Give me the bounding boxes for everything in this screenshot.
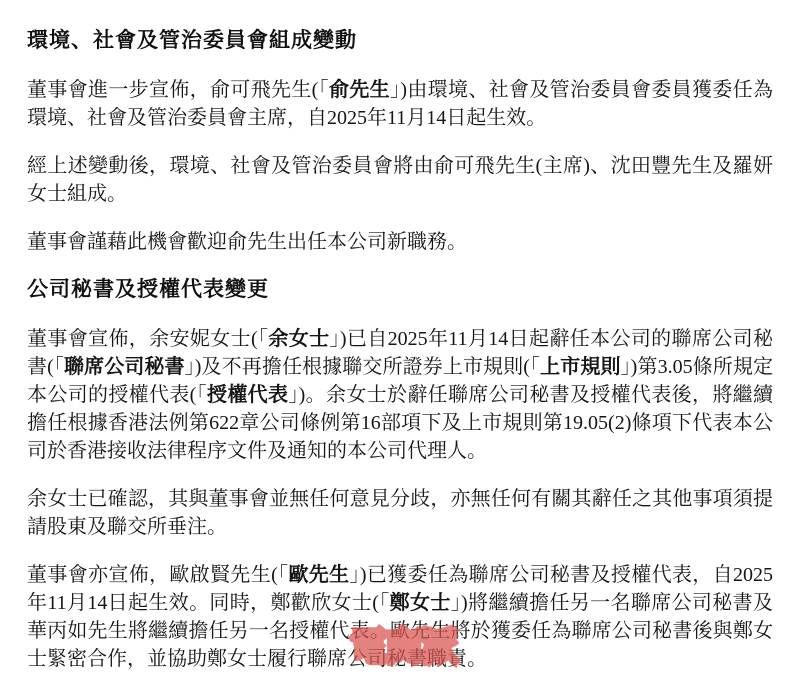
text-run: 余女士已確認，其與董事會並無任何意見分歧，亦無任何有關其辭任之其他事項須提請股東… (27, 488, 773, 538)
section-heading-company-secretary: 公司秘書及授權代表變更 (27, 276, 773, 303)
section-esg-committee: 環境、社會及管治委員會組成變動 董事會進一步宣佈，俞可飛先生(「俞先生」)由環境… (27, 27, 773, 256)
defined-term: 鄭女士 (390, 592, 451, 614)
paragraph: 經上述變動後，環境、社會及管治委員會將由俞可飛先生(主席)、沈田豐先生及羅妍女士… (27, 152, 773, 208)
section-paragraphs-esg-committee: 董事會進一步宣佈，俞可飛先生(「俞先生」)由環境、社會及管治委員會委員獲委任為環… (27, 76, 773, 256)
defined-term: 歐先生 (288, 564, 349, 586)
section-paragraphs-company-secretary: 董事會宣佈，余安妮女士(「余女士」)已自2025年11月14日起辭任本公司的聯席… (27, 325, 773, 673)
defined-term: 上市規則 (540, 356, 620, 378)
defined-term: 授權代表 (207, 384, 288, 406)
text-run: 董事會進一步宣佈，俞可飛先生(「 (27, 79, 329, 101)
section-heading-esg-committee: 環境、社會及管治委員會組成變動 (27, 27, 773, 54)
paragraph: 董事會宣佈，余安妮女士(「余女士」)已自2025年11月14日起辭任本公司的聯席… (27, 325, 773, 465)
text-run: 董事會宣佈，余安妮女士(「 (27, 328, 268, 350)
defined-term: 俞先生 (329, 79, 390, 101)
paragraph: 董事會亦宣佈，歐啟賢先生(「歐先生」)已獲委任為聯席公司秘書及授權代表，自202… (27, 561, 773, 673)
text-run: 」)及不再擔任根據聯交所證券上市規則(「 (185, 356, 540, 378)
paragraph: 余女士已確認，其與董事會並無任何意見分歧，亦無任何有關其辭任之其他事項須提請股東… (27, 485, 773, 541)
section-company-secretary: 公司秘書及授權代表變更 董事會宣佈，余安妮女士(「余女士」)已自2025年11月… (27, 276, 773, 673)
paragraph: 董事會進一步宣佈，俞可飛先生(「俞先生」)由環境、社會及管治委員會委員獲委任為環… (27, 76, 773, 132)
paragraph: 董事會謹藉此機會歡迎俞先生出任本公司新職務。 (27, 228, 773, 256)
text-run: 董事會亦宣佈，歐啟賢先生(「 (27, 564, 288, 586)
text-run: 經上述變動後，環境、社會及管治委員會將由俞可飛先生(主席)、沈田豐先生及羅妍女士… (27, 155, 773, 205)
defined-term: 余女士 (268, 328, 329, 350)
text-run: 董事會謹藉此機會歡迎俞先生出任本公司新職務。 (27, 231, 467, 253)
document-page: 環境、社會及管治委員會組成變動 董事會進一步宣佈，俞可飛先生(「俞先生」)由環境… (0, 0, 800, 687)
defined-term: 聯席公司秘書 (64, 356, 185, 378)
